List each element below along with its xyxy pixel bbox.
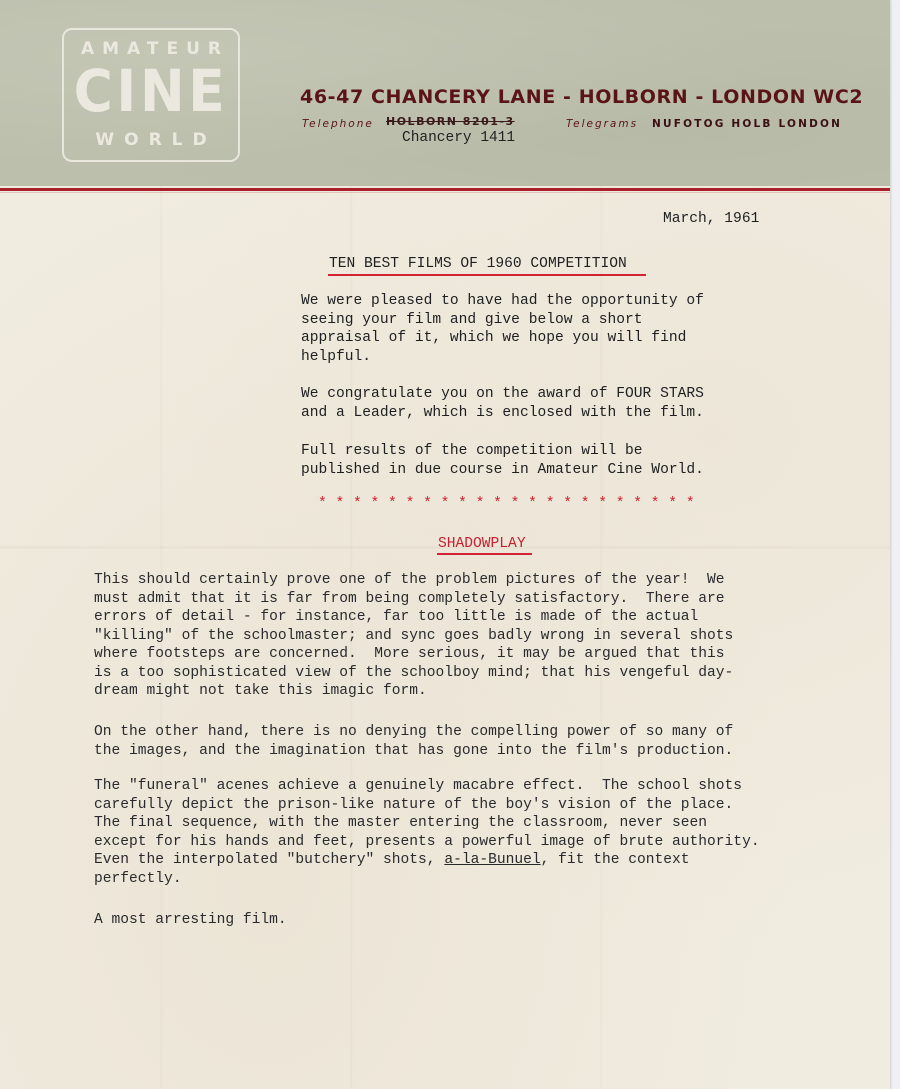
intro-paragraph-3: Full results of the competition will be … [301,442,761,479]
underlined-a-la-bunuel: a-la-Bunuel [444,852,540,868]
logo-world-text: WORLD [64,130,238,150]
telephone-struck-number: HOLBORN 8201-3 [386,115,515,128]
letterhead-red-rule [0,188,890,191]
intro-paragraph-1: We were pleased to have had the opportun… [301,292,761,366]
intro-paragraph-2: We congratulate you on the award of FOUR… [301,385,761,422]
appraisal-paragraph-2: On the other hand, there is no denying t… [94,723,814,760]
logo-amateur-text: AMATEUR [64,39,238,59]
letter-date: March, 1961 [663,210,759,229]
amateur-cine-world-logo: AMATEUR CINE WORLD [62,28,240,162]
closing-line: A most arresting film. [94,911,814,930]
appraisal-paragraph-3: The "funeral" acenes achieve a genuinely… [94,777,814,888]
logo-cine-text: CINE [71,61,231,121]
telegrams-address: NUFOTOG HOLB LONDON [652,118,842,130]
letter-page: AMATEUR CINE WORLD 46-47 CHANCERY LANE -… [0,0,890,1089]
letterhead-band: AMATEUR CINE WORLD 46-47 CHANCERY LANE -… [0,0,890,186]
appraisal-paragraph-1: This should certainly prove one of the p… [94,571,814,701]
letterhead-red-rule-shadow [0,192,890,193]
telephone-new-number: Chancery 1411 [402,130,515,146]
telephone-label: Telephone [302,118,374,130]
letterhead-address: 46-47 CHANCERY LANE - HOLBORN - LONDON W… [300,86,836,108]
heading-red-underline [328,274,646,276]
asterisk-separator: * * * * * * * * * * * * * * * * * * * * … [318,496,695,512]
film-title-red-underline [437,553,532,555]
competition-heading: TEN BEST FILMS OF 1960 COMPETITION [329,256,627,272]
film-title: SHADOWPLAY [438,536,526,552]
telegrams-label: Telegrams [566,118,638,130]
